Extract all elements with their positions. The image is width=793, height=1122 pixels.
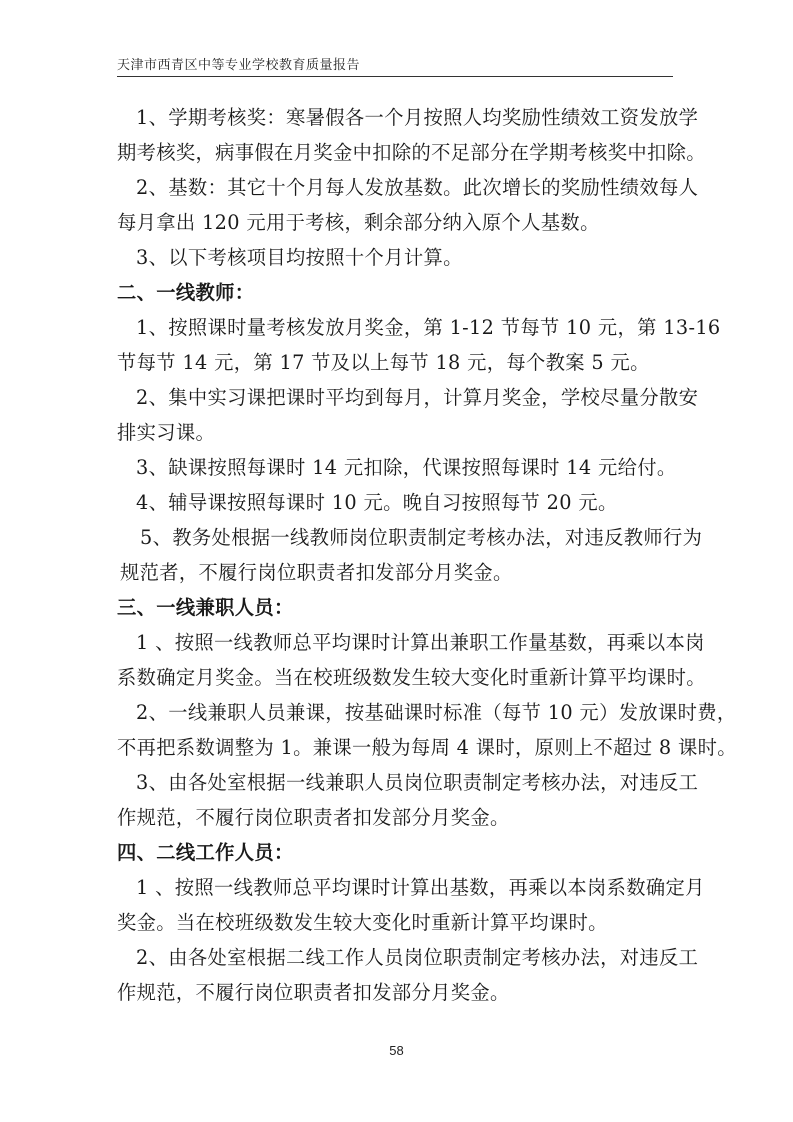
paragraph-line: 2、集中实习课把课时平均到每月，计算月奖金，学校尽量分散安 xyxy=(117,380,673,415)
page-number: 58 xyxy=(0,1043,793,1058)
paragraph-line: 2、由各处室根据二线工作人员岗位职责制定考核办法，对违反工 xyxy=(117,940,673,975)
paragraph-line: 1、按照课时量考核发放月奖金，第 1-12 节每节 10 元，第 13-16 xyxy=(117,310,673,345)
paragraph-line: 1 、按照一线教师总平均课时计算出基数，再乘以本岗系数确定月 xyxy=(117,870,673,905)
paragraph-line: 期考核奖，病事假在月奖金中扣除的不足部分在学期考核奖中扣除。 xyxy=(117,135,673,170)
paragraph-line: 排实习课。 xyxy=(117,415,673,450)
paragraph-line: 3、由各处室根据一线兼职人员岗位职责制定考核办法，对违反工 xyxy=(117,765,673,800)
paragraph-line: 系数确定月奖金。当在校班级数发生较大变化时重新计算平均课时。 xyxy=(117,660,673,695)
paragraph-line: 作规范，不履行岗位职责者扣发部分月奖金。 xyxy=(117,800,673,835)
paragraph-line: 奖金。当在校班级数发生较大变化时重新计算平均课时。 xyxy=(117,905,673,940)
paragraph-line: 4、辅导课按照每课时 10 元。晚自习按照每节 20 元。 xyxy=(117,485,673,520)
document-body: 1、学期考核奖：寒暑假各一个月按照人均奖励性绩效工资发放学 期考核奖，病事假在月… xyxy=(117,100,673,1010)
paragraph-line: 节每节 14 元，第 17 节及以上每节 18 元，每个教案 5 元。 xyxy=(117,345,673,380)
paragraph-line: 1、学期考核奖：寒暑假各一个月按照人均奖励性绩效工资发放学 xyxy=(117,100,673,135)
section-heading: 二、一线教师： xyxy=(117,275,673,310)
paragraph-line: 每月拿出 120 元用于考核，剩余部分纳入原个人基数。 xyxy=(117,205,673,240)
paragraph-line: 作规范，不履行岗位职责者扣发部分月奖金。 xyxy=(117,975,673,1010)
paragraph-line: 3、缺课按照每课时 14 元扣除，代课按照每课时 14 元给付。 xyxy=(117,450,673,485)
paragraph-line: 2、一线兼职人员兼课，按基础课时标准（每节 10 元）发放课时费， xyxy=(117,695,673,730)
paragraph-line: 不再把系数调整为 1。兼课一般为每周 4 课时，原则上不超过 8 课时。 xyxy=(117,730,673,765)
section-heading: 三、一线兼职人员： xyxy=(117,590,673,625)
paragraph-line: 1 、按照一线教师总平均课时计算出兼职工作量基数，再乘以本岗 xyxy=(117,625,673,660)
running-header: 天津市西青区中等专业学校教育质量报告 xyxy=(117,54,673,77)
section-heading: 四、二线工作人员： xyxy=(117,835,673,870)
paragraph-line: 规范者，不履行岗位职责者扣发部分月奖金。 xyxy=(117,555,673,590)
paragraph-line: 3、以下考核项目均按照十个月计算。 xyxy=(117,240,673,275)
paragraph-line: 5、教务处根据一线教师岗位职责制定考核办法，对违反教师行为 xyxy=(117,520,673,555)
paragraph-line: 2、基数：其它十个月每人发放基数。此次增长的奖励性绩效每人 xyxy=(117,170,673,205)
